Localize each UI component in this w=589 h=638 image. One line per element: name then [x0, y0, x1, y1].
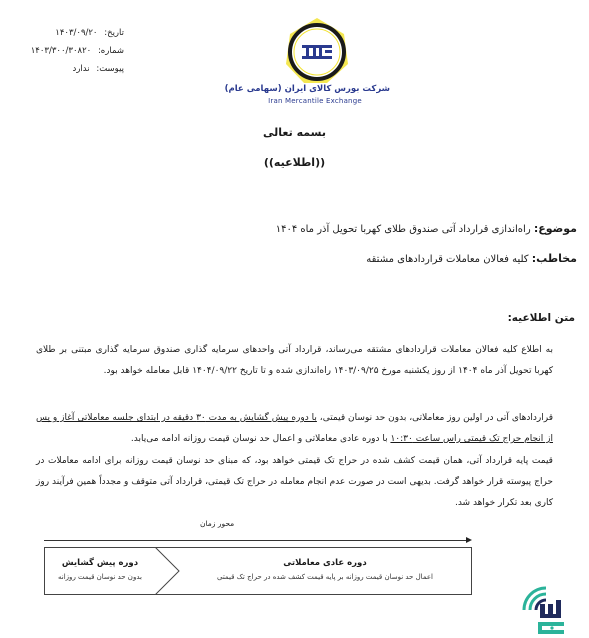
pre-opening-segment: دوره پیش گشایش بدون حد نوسان قیمت روزانه [45, 556, 155, 584]
subject-value: راه‌اندازی قرارداد آتی صندوق طلای کهربا … [276, 224, 531, 235]
ime-logo-icon [282, 16, 352, 86]
attachment-label: پیوست: [96, 64, 124, 74]
document-meta: تاریخ: ۱۴۰۳/۰۹/۲۰ شماره: ۱۴۰۳/۳۰۰/۳۰۸۲۰ … [4, 24, 124, 78]
number-value: ۱۴۰۳/۳۰۰/۳۰۸۲۰ [31, 46, 92, 56]
paragraph-2: قراردادهای آتی در اولین روز معاملاتی، بد… [36, 408, 553, 450]
attachment-row: پیوست: ندارد [4, 60, 124, 78]
pre-opening-title: دوره پیش گشایش [45, 556, 155, 570]
arrow-right-icon [466, 537, 472, 543]
date-label: تاریخ: [104, 28, 124, 38]
addressee-value: کلیه فعالان معاملات قراردادهای مشتقه [366, 254, 528, 265]
paragraph-1: به اطلاع کلیه فعالان معاملات قراردادهای … [36, 340, 553, 382]
time-axis-label: محور زمان [200, 519, 234, 528]
attachment-value: ندارد [73, 64, 90, 74]
addressee-label: مخاطب: [532, 252, 577, 265]
body-heading: متن اطلاعیه: [508, 312, 575, 324]
chevron-separator-icon [153, 547, 183, 595]
paragraph-2-intro: قراردادهای آتی در اولین روز معاملاتی، بد… [317, 413, 553, 423]
notice-title: ((اطلاعیه)) [0, 156, 589, 169]
subject-line: موضوع: راه‌اندازی قرارداد آتی صندوق طلای… [276, 222, 577, 235]
subject-label: موضوع: [534, 222, 577, 235]
kala-khabar-watermark-icon [516, 580, 576, 638]
regular-trading-title: دوره عادی معاملاتی [185, 556, 465, 570]
company-name-fa: شرکت بورس کالای ایران (سهامی عام) [240, 84, 390, 94]
addressee-line: مخاطب: کلیه فعالان معاملات قراردادهای مش… [366, 252, 577, 265]
regular-trading-segment: دوره عادی معاملاتی اعمال حد نوسان قیمت ر… [185, 556, 465, 584]
paragraph-3: قیمت پایه قرارداد آتی، همان قیمت کشف شده… [36, 451, 553, 514]
number-row: شماره: ۱۴۰۳/۳۰۰/۳۰۸۲۰ [4, 42, 124, 60]
timeline-diagram: دوره پیش گشایش بدون حد نوسان قیمت روزانه… [44, 547, 472, 595]
regular-trading-description: اعمال حد نوسان قیمت روزانه بر پایه قیمت … [185, 570, 465, 584]
pre-opening-description: بدون حد نوسان قیمت روزانه [45, 570, 155, 584]
date-value: ۱۴۰۳/۰۹/۲۰ [55, 28, 97, 38]
paragraph-2-rest: با دوره عادی معاملاتی و اعمال حد نوسان ق… [131, 434, 391, 444]
time-axis-line [44, 540, 468, 541]
company-name-en: Iran Mercantile Exchange [240, 97, 390, 105]
basmala: بسمه تعالی [0, 126, 589, 139]
date-row: تاریخ: ۱۴۰۳/۰۹/۲۰ [4, 24, 124, 42]
number-label: شماره: [98, 46, 124, 56]
